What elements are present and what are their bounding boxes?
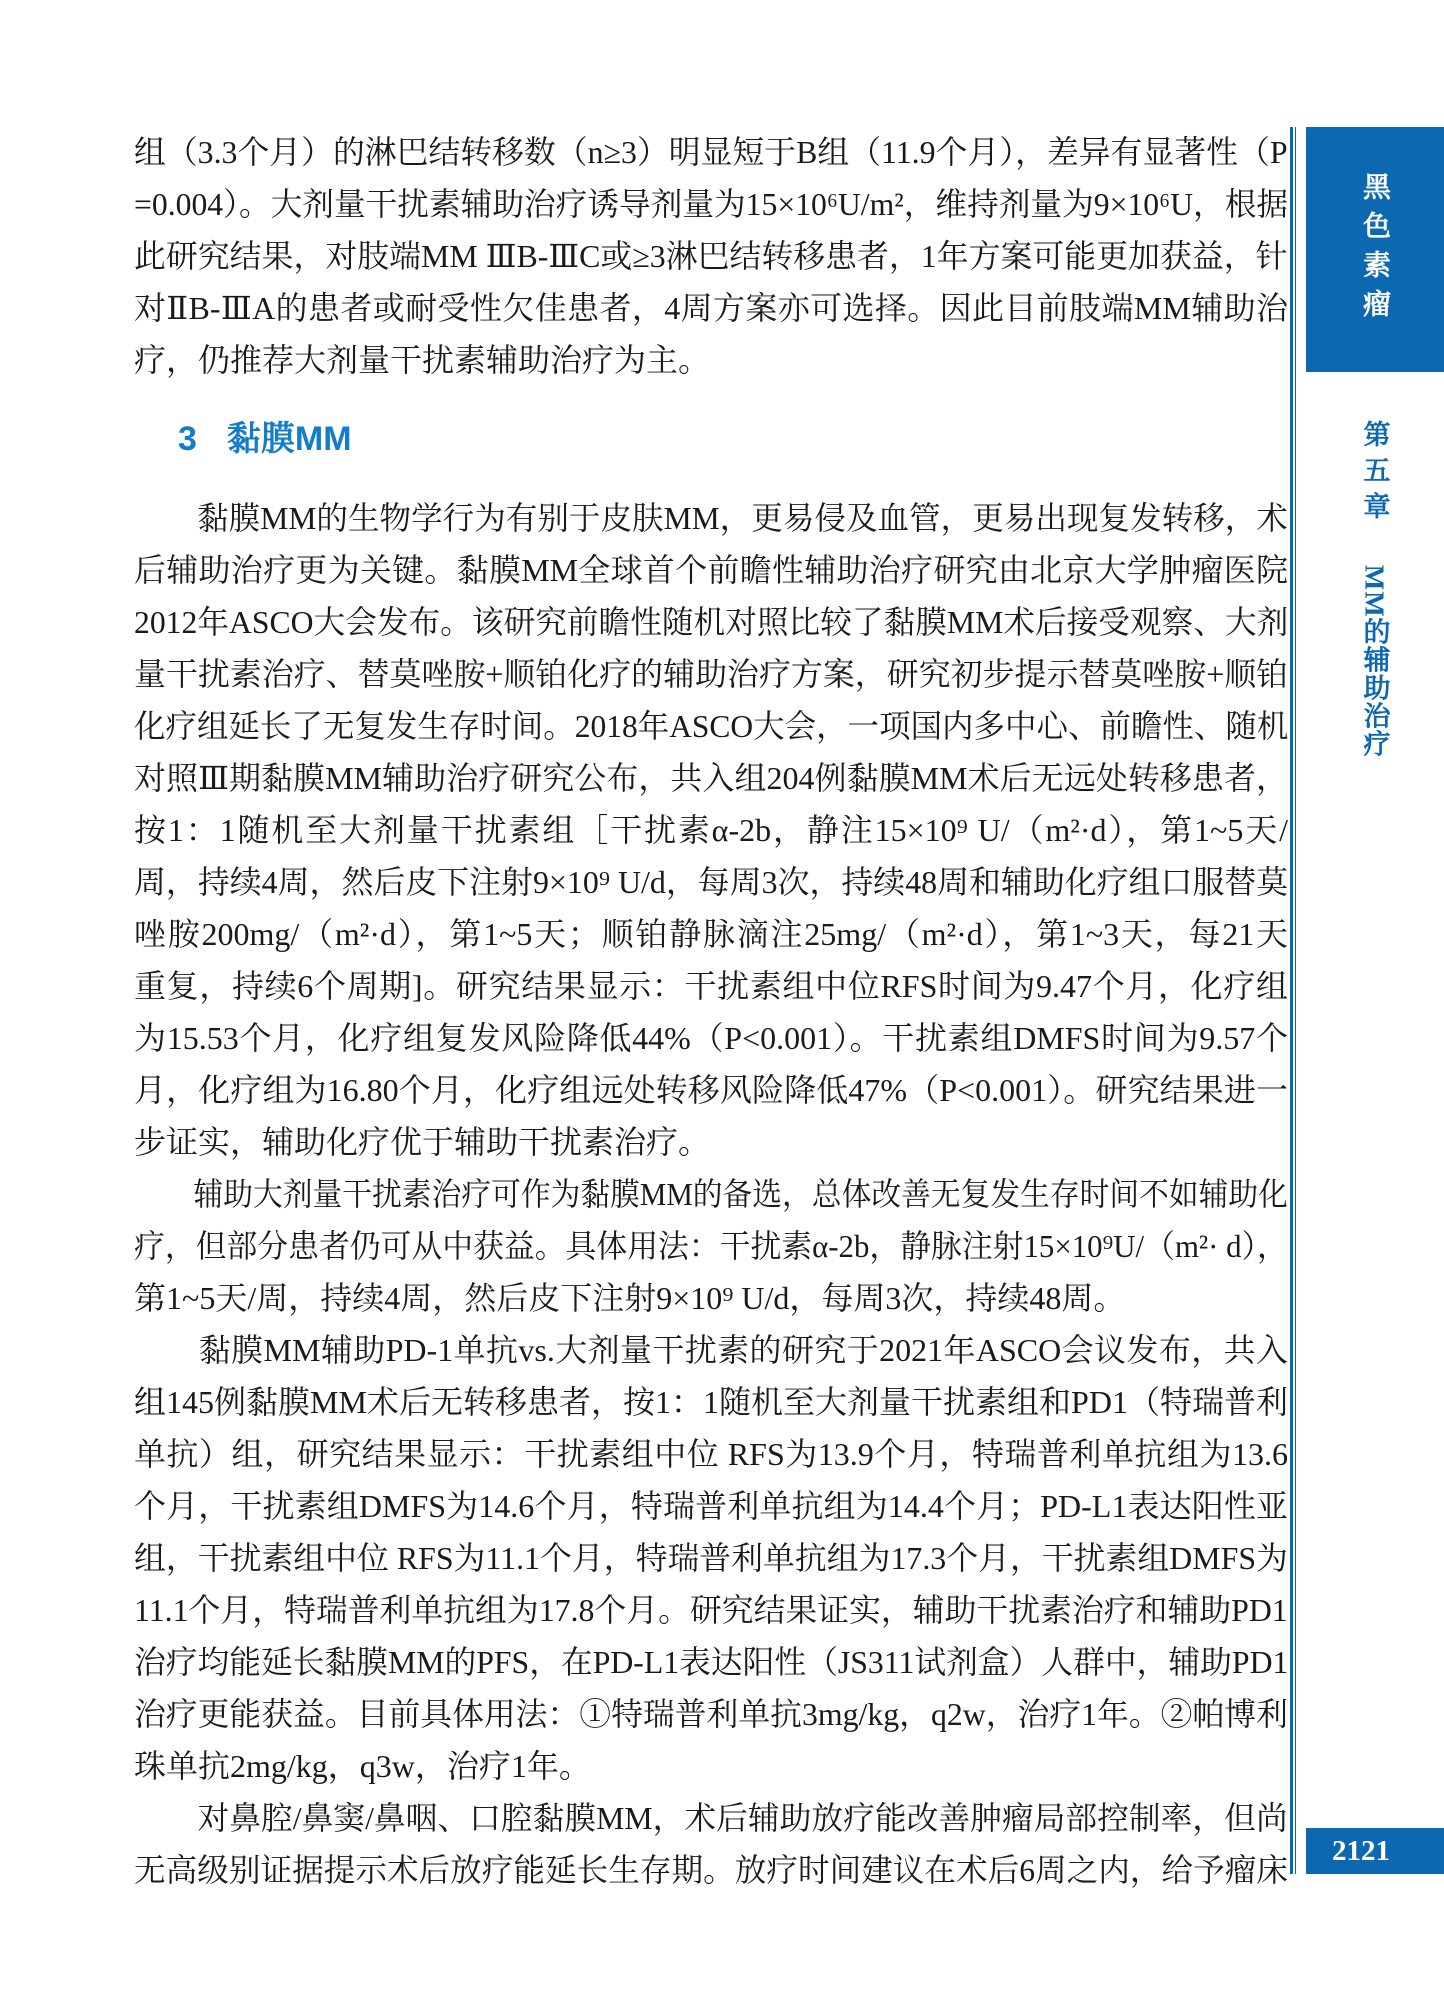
paragraph: 对鼻腔/鼻窦/鼻咽、口腔黏膜MM，术后辅助放疗能改善肿瘤局部控制率，但尚无高级别…: [134, 1792, 1288, 1896]
text-line: 11.1个月，特瑞普利单抗组为17.8个月。研究结果证实，辅助干扰素治疗和辅助P…: [134, 1584, 1282, 1636]
text-line: 疗，仍推荐大剂量干扰素辅助治疗为主。: [134, 334, 1288, 386]
text-line: 组，干扰素组中位 RFS为11.1个月，特瑞普利单抗组为17.3个月，干扰素组D…: [134, 1532, 1283, 1584]
text-line: 量干扰素治疗、替莫唑胺+顺铂化疗的辅助治疗方案，研究初步提示替莫唑胺+顺铂: [134, 648, 1286, 700]
chapter-name: MM的辅助治疗: [1360, 565, 1390, 758]
paragraph: 组（3.3个月）的淋巴结转移数（n≥3）明显短于B组（11.9个月），差异有显著…: [134, 126, 1288, 386]
text-line: 步证实，辅助化疗优于辅助干扰素治疗。: [134, 1116, 1288, 1168]
text-line: 黏膜MM的生物学行为有别于皮肤MM，更易侵及血管，更易出现复发转移，术: [134, 492, 1272, 544]
text-line: =0.004）。大剂量干扰素辅助治疗诱导剂量为15×10⁶U/m²，维持剂量为9…: [134, 178, 1276, 230]
text-line: 单抗）组，研究结果显示：干扰素组中位 RFS为13.9个月，特瑞普利单抗组为13…: [134, 1428, 1288, 1480]
text-line: 重复，持续6个周期]。研究结果显示：干扰素组中位RFS时间为9.47个月，化疗组: [134, 960, 1288, 1012]
text-line: 组145例黏膜MM术后无转移患者，按1：1随机至大剂量干扰素组和PD1（特瑞普利: [134, 1376, 1288, 1428]
section-title: 黏膜MM: [227, 420, 352, 458]
page-number: 2121: [1332, 1835, 1390, 1868]
text-line: 治疗均能延长黏膜MM的PFS，在PD-L1表达阳性（JS311试剂盒）人群中，辅…: [134, 1636, 1279, 1688]
text-line: 个月，干扰素组DMFS为14.6个月，特瑞普利单抗组为14.4个月；PD-L1表…: [134, 1480, 1288, 1532]
text-line: 周，持续4周，然后皮下注射9×10⁹ U/d，每周3次，持续48周和辅助化疗组口…: [134, 856, 1285, 908]
section-number: 3: [178, 420, 197, 458]
book-page: 组（3.3个月）的淋巴结转移数（n≥3）明显短于B组（11.9个月），差异有显著…: [0, 0, 1444, 2010]
text-line: 组（3.3个月）的淋巴结转移数（n≥3）明显短于B组（11.9个月），差异有显著…: [134, 126, 1282, 178]
text-line: 黏膜MM辅助PD-1单抗vs.大剂量干扰素的研究于2021年ASCO会议发布，共…: [134, 1324, 1288, 1376]
section-heading: 3黏膜MM: [178, 412, 1288, 466]
paragraph: 辅助大剂量干扰素治疗可作为黏膜MM的备选，总体改善无复发生存时间不如辅助化疗，但…: [134, 1168, 1288, 1324]
paragraph: 黏膜MM辅助PD-1单抗vs.大剂量干扰素的研究于2021年ASCO会议发布，共…: [134, 1324, 1288, 1792]
text-line: 第1~5天/周，持续4周，然后皮下注射9×10⁹ U/d，每周3次，持续48周。: [134, 1272, 1288, 1324]
main-text-column: 组（3.3个月）的淋巴结转移数（n≥3）明显短于B组（11.9个月），差异有显著…: [134, 126, 1288, 1896]
paragraph: 黏膜MM的生物学行为有别于皮肤MM，更易侵及血管，更易出现复发转移，术后辅助治疗…: [134, 492, 1288, 1168]
text-line: 按1：1随机至大剂量干扰素组［干扰素α-2b，静注15×10⁹ U/（m²·d）…: [134, 804, 1288, 856]
text-line: 月，化疗组为16.80个月，化疗组远处转移风险降低47%（P<0.001）。研究…: [134, 1064, 1288, 1116]
text-line: 为15.53个月，化疗组复发风险降低44%（P<0.001）。干扰素组DMFS时…: [134, 1012, 1288, 1064]
text-line: 唑胺200mg/（m²·d），第1~5天；顺铂静脉滴注25mg/（m²·d），第…: [134, 908, 1288, 960]
text-line: 疗，但部分患者仍可从中获益。具体用法：干扰素α-2b，静脉注射15×10⁹U/（…: [134, 1220, 1246, 1272]
chapter-vertical-title: 第五章 MM的辅助治疗: [1306, 420, 1444, 758]
text-line: 对照Ⅲ期黏膜MM辅助治疗研究公布，共入组204例黏膜MM术后无远处转移患者，: [134, 752, 1288, 804]
text-line: 对ⅡB-ⅢA的患者或耐受性欠佳患者，4周方案亦可选择。因此目前肢端MM辅助治: [134, 282, 1288, 334]
text-line: 珠单抗2mg/kg，q3w，治疗1年。: [134, 1740, 1288, 1792]
text-line: 治疗更能获益。目前具体用法：①特瑞普利单抗3mg/kg，q2w，治疗1年。②帕博…: [134, 1688, 1281, 1740]
text-line: 2012年ASCO大会发布。该研究前瞻性随机对照比较了黏膜MM术后接受观察、大剂: [134, 596, 1276, 648]
text-line: 对鼻腔/鼻窦/鼻咽、口腔黏膜MM，术后辅助放疗能改善肿瘤局部控制率，但尚: [134, 1792, 1279, 1844]
text-line: 化疗组延长了无复发生存时间。2018年ASCO大会，一项国内多中心、前瞻性、随机: [134, 700, 1269, 752]
page-number-badge: 2121: [1306, 1828, 1444, 1874]
text-line: 无高级别证据提示术后放疗能延长生存期。放疗时间建议在术后6周之内，给予瘤床: [134, 1844, 1274, 1896]
text-line: 后辅助治疗更为关键。黏膜MM全球首个前瞻性辅助治疗研究由北京大学肿瘤医院: [134, 544, 1288, 596]
chapter-title-text: 第五章 MM的辅助治疗: [1356, 420, 1395, 758]
chapter-tab-label: 黑色素瘤: [1355, 172, 1395, 328]
chapter-number: 第五章: [1360, 420, 1390, 528]
sidebar-divider-line: [1290, 127, 1296, 1874]
chapter-tab-melanoma: 黑色素瘤: [1306, 127, 1444, 372]
text-line: 辅助大剂量干扰素治疗可作为黏膜MM的备选，总体改善无复发生存时间不如辅助化: [134, 1168, 1207, 1220]
text-line: 此研究结果，对肢端MM ⅢB-ⅢC或≥3淋巴结转移患者，1年方案可能更加获益，针: [134, 230, 1284, 282]
